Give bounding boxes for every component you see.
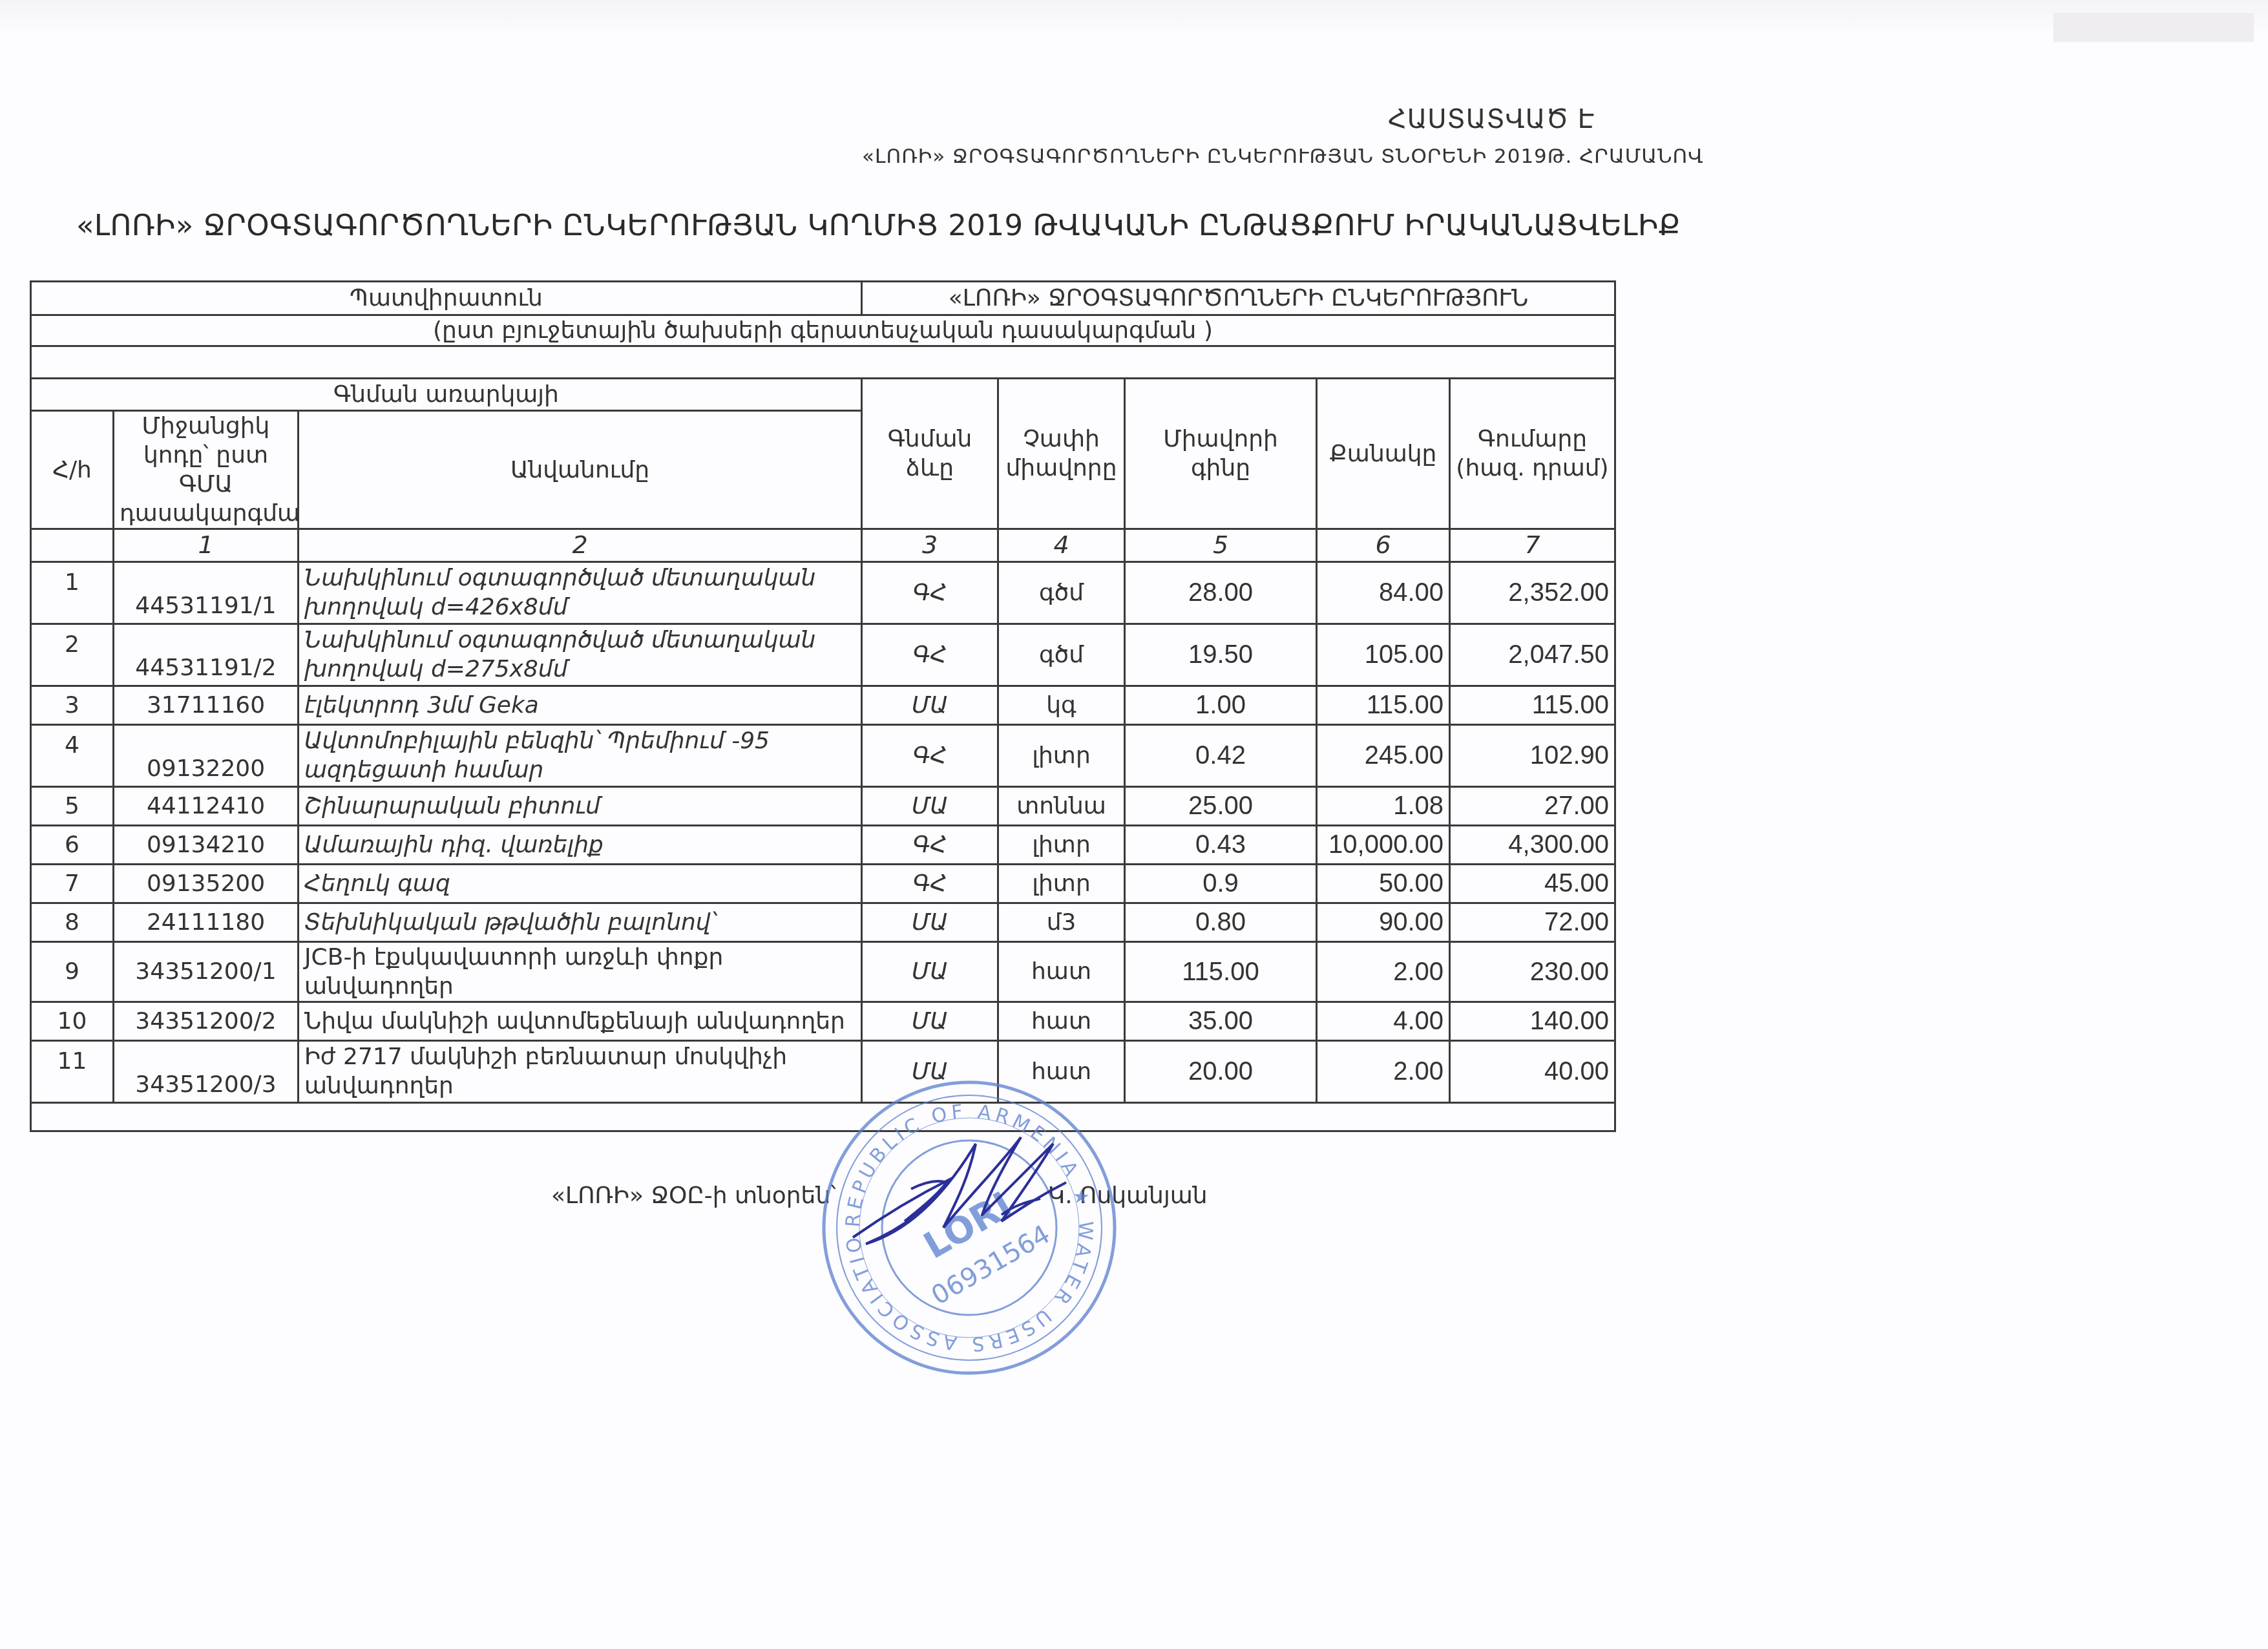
- col-number: 2: [299, 529, 862, 562]
- total-amount: 2,352.00: [1450, 562, 1615, 624]
- column-number-row: 1 2 3 4 5 6 7: [31, 529, 1615, 562]
- col-number: 1: [114, 529, 299, 562]
- table-row: 331711160էլեկտրոդ 3մմ GekaՄԱկգ1.00115.00…: [31, 686, 1615, 724]
- item-name: Նախկինում օգտագործված մետաղական խողովակ …: [299, 624, 862, 686]
- table-row: 1134351200/3Իժ 2717 մակնիշի բեռնատար մոս…: [31, 1040, 1615, 1102]
- unit-price: 0.43: [1125, 825, 1317, 864]
- cpv-code: 34351200/2: [114, 1002, 299, 1040]
- col-number: 7: [1450, 529, 1615, 562]
- quantity: 1.08: [1317, 786, 1450, 825]
- col-number: 5: [1125, 529, 1317, 562]
- quantity: 105.00: [1317, 624, 1450, 686]
- quantity: 90.00: [1317, 903, 1450, 941]
- total-amount: 115.00: [1450, 686, 1615, 724]
- item-name: JCB-ի էքսկավատորի առջևի փոքր անվադողեր: [299, 941, 862, 1002]
- unit-price: 0.42: [1125, 724, 1317, 786]
- quantity: 4.00: [1317, 1002, 1450, 1040]
- table-row: 244531191/2Նախկինում օգտագործված մետաղակ…: [31, 624, 1615, 686]
- unit-price: 25.00: [1125, 786, 1317, 825]
- director-name: Կ. Ոսկանյան: [1048, 1182, 1208, 1209]
- col-number: 3: [862, 529, 998, 562]
- row-number: 3: [31, 686, 114, 724]
- total-amount: 230.00: [1450, 941, 1615, 1002]
- classification-note: (ըստ բյուջետային ծախսերի գերատեսչական դա…: [31, 315, 1615, 346]
- document-title: «ԼՈՌԻ» ՋՐՕԳՏԱԳՈՐԾՈՂՆԵՐԻ ԸՆԿԵՐՈՒԹՅԱՆ ԿՈՂՄ…: [76, 208, 1681, 242]
- unit: լիտր: [998, 724, 1125, 786]
- procurement-method: ԳՀ: [862, 864, 998, 903]
- classification-row: (ըստ բյուջետային ծախսերի գերատեսչական դա…: [31, 315, 1615, 346]
- unit-price: 35.00: [1125, 1002, 1317, 1040]
- col-header-row-no: Հ/հ: [31, 411, 114, 529]
- unit: տոննա: [998, 786, 1125, 825]
- quantity: 115.00: [1317, 686, 1450, 724]
- cpv-code: 09132200: [114, 724, 299, 786]
- quantity: 84.00: [1317, 562, 1450, 624]
- procurement-method: ՄԱ: [862, 1040, 998, 1102]
- scan-artifact: [2053, 13, 2254, 42]
- row-number: 4: [31, 724, 114, 786]
- cpv-code: 44531191/1: [114, 562, 299, 624]
- unit-price: 19.50: [1125, 624, 1317, 686]
- unit: հատ: [998, 941, 1125, 1002]
- total-amount: 102.90: [1450, 724, 1615, 786]
- col-header-unit: Չափի միավորը: [998, 379, 1125, 529]
- table-row: 144531191/1Նախկինում օգտագործված մետաղակ…: [31, 562, 1615, 624]
- row-number: 2: [31, 624, 114, 686]
- unit: հատ: [998, 1002, 1125, 1040]
- item-name: Նիվա մակնիշի ավտոմեքենայի անվադողեր: [299, 1002, 862, 1040]
- unit: գծմ: [998, 624, 1125, 686]
- unit: հատ: [998, 1040, 1125, 1102]
- approval-order-line: «ԼՈՌԻ» ՋՐՕԳՏԱԳՈՐԾՈՂՆԵՐԻ ԸՆԿԵՐՈՒԹՅԱՆ ՏՆՕՐ…: [862, 145, 1704, 168]
- table-row: 409132200Ավտոմոբիլային բենզին՝ Պրեմիում …: [31, 724, 1615, 786]
- row-number: 5: [31, 786, 114, 825]
- total-amount: 45.00: [1450, 864, 1615, 903]
- subject-header-row: Գնման առարկայի Գնման ձևը Չափի միավորը Մի…: [31, 379, 1615, 411]
- procurement-plan-table: Պատվիրատուն «ԼՈՌԻ» ՋՐՕԳՏԱԳՈՐԾՈՂՆԵՐԻ ԸՆԿԵ…: [30, 280, 1616, 1132]
- procurement-method: ԳՀ: [862, 624, 998, 686]
- scan-edge: [0, 0, 2268, 31]
- procurement-method: ՄԱ: [862, 903, 998, 941]
- item-name: Շինարարական բիտում: [299, 786, 862, 825]
- blank-cell: [31, 346, 1615, 379]
- col-header-method: Գնման ձևը: [862, 379, 998, 529]
- unit-price: 20.00: [1125, 1040, 1317, 1102]
- table-footer-blank-row: [31, 1102, 1615, 1131]
- total-amount: 2,047.50: [1450, 624, 1615, 686]
- table-row: 609134210Ամառային դիզ. վառելիքԳՀլիտր0.43…: [31, 825, 1615, 864]
- item-name: էլեկտրոդ 3մմ Geka: [299, 686, 862, 724]
- stamp-number: 06931564: [927, 1219, 1055, 1311]
- unit-price: 115.00: [1125, 941, 1317, 1002]
- cpv-code: 09135200: [114, 864, 299, 903]
- cpv-code: 34351200/3: [114, 1040, 299, 1102]
- table-row: 934351200/1JCB-ի էքսկավատորի առջևի փոքր …: [31, 941, 1615, 1002]
- total-amount: 72.00: [1450, 903, 1615, 941]
- row-number: 6: [31, 825, 114, 864]
- cpv-code: 31711160: [114, 686, 299, 724]
- procurement-method: ԳՀ: [862, 825, 998, 864]
- total-amount: 40.00: [1450, 1040, 1615, 1102]
- col-number: 6: [1317, 529, 1450, 562]
- unit: մ3: [998, 903, 1125, 941]
- table-row: 544112410Շինարարական բիտումՄԱտոննա25.001…: [31, 786, 1615, 825]
- unit: լիտր: [998, 825, 1125, 864]
- director-role: «ԼՈՌԻ» ՋՕԸ-ի տնօրեն՝: [551, 1182, 836, 1209]
- table-row: 1034351200/2Նիվա մակնիշի ավտոմեքենայի ան…: [31, 1002, 1615, 1040]
- row-number: 11: [31, 1040, 114, 1102]
- col-header-unit-price: Միավորի գինը: [1125, 379, 1317, 529]
- procurement-method: ՄԱ: [862, 786, 998, 825]
- unit: գծմ: [998, 562, 1125, 624]
- cpv-code: 24111180: [114, 903, 299, 941]
- customer-value: «ԼՈՌԻ» ՋՐՕԳՏԱԳՈՐԾՈՂՆԵՐԻ ԸՆԿԵՐՈՒԹՅՈՒՆ: [862, 282, 1615, 315]
- row-number: 1: [31, 562, 114, 624]
- unit-price: 28.00: [1125, 562, 1317, 624]
- procurement-method: ՄԱ: [862, 941, 998, 1002]
- unit: լիտր: [998, 864, 1125, 903]
- cpv-code: 34351200/1: [114, 941, 299, 1002]
- item-name: Ամառային դիզ. վառելիք: [299, 825, 862, 864]
- total-amount: 27.00: [1450, 786, 1615, 825]
- col-header-quantity: Քանակը: [1317, 379, 1450, 529]
- cpv-code: 44112410: [114, 786, 299, 825]
- row-number: 8: [31, 903, 114, 941]
- cpv-code: 44531191/2: [114, 624, 299, 686]
- quantity: 10,000.00: [1317, 825, 1450, 864]
- item-name: Նախկինում օգտագործված մետաղական խողովակ …: [299, 562, 862, 624]
- item-name: Ավտոմոբիլային բենզին՝ Պրեմիում -95 ազդեց…: [299, 724, 862, 786]
- total-amount: 140.00: [1450, 1002, 1615, 1040]
- unit: կգ: [998, 686, 1125, 724]
- row-number: 9: [31, 941, 114, 1002]
- customer-row: Պատվիրատուն «ԼՈՌԻ» ՋՐՕԳՏԱԳՈՐԾՈՂՆԵՐԻ ԸՆԿԵ…: [31, 282, 1615, 315]
- procurement-method: ԳՀ: [862, 562, 998, 624]
- table-row: 709135200Հեղուկ գազԳՀլիտր0.950.0045.00: [31, 864, 1615, 903]
- approval-heading: ՀԱՍՏԱՏՎԱԾ Է: [1388, 105, 1595, 134]
- quantity: 2.00: [1317, 1040, 1450, 1102]
- col-header-name: Անվանումը: [299, 411, 862, 529]
- item-name: Հեղուկ գազ: [299, 864, 862, 903]
- col-number: 4: [998, 529, 1125, 562]
- quantity: 245.00: [1317, 724, 1450, 786]
- unit-price: 0.80: [1125, 903, 1317, 941]
- quantity: 50.00: [1317, 864, 1450, 903]
- procurement-method: ՄԱ: [862, 1002, 998, 1040]
- row-number: 10: [31, 1002, 114, 1040]
- item-name: Իժ 2717 մակնիշի բեռնատար մոսկվիչի անվադո…: [299, 1040, 862, 1102]
- quantity: 2.00: [1317, 941, 1450, 1002]
- blank-cell: [31, 1102, 1615, 1131]
- item-name: Տեխնիկական թթվածին բալոնով՝: [299, 903, 862, 941]
- procurement-method: ԳՀ: [862, 724, 998, 786]
- customer-label: Պատվիրատուն: [31, 282, 862, 315]
- col-number-blank: [31, 529, 114, 562]
- row-number: 7: [31, 864, 114, 903]
- col-header-total: Գումարը (հազ. դրամ): [1450, 379, 1615, 529]
- table-row: 824111180Տեխնիկական թթվածին բալոնով՝ՄԱմ3…: [31, 903, 1615, 941]
- unit-price: 1.00: [1125, 686, 1317, 724]
- cpv-code: 09134210: [114, 825, 299, 864]
- col-header-cpv-code: Միջանցիկ կոդը՝ ըստ ԳՄԱ դասակարգման: [114, 411, 299, 529]
- unit-price: 0.9: [1125, 864, 1317, 903]
- blank-row: [31, 346, 1615, 379]
- procurement-subject-header: Գնման առարկայի: [31, 379, 862, 411]
- total-amount: 4,300.00: [1450, 825, 1615, 864]
- signature-line: «ԼՈՌԻ» ՋՕԸ-ի տնօրեն՝Կ. Ոսկանյան: [551, 1182, 1208, 1209]
- procurement-method: ՄԱ: [862, 686, 998, 724]
